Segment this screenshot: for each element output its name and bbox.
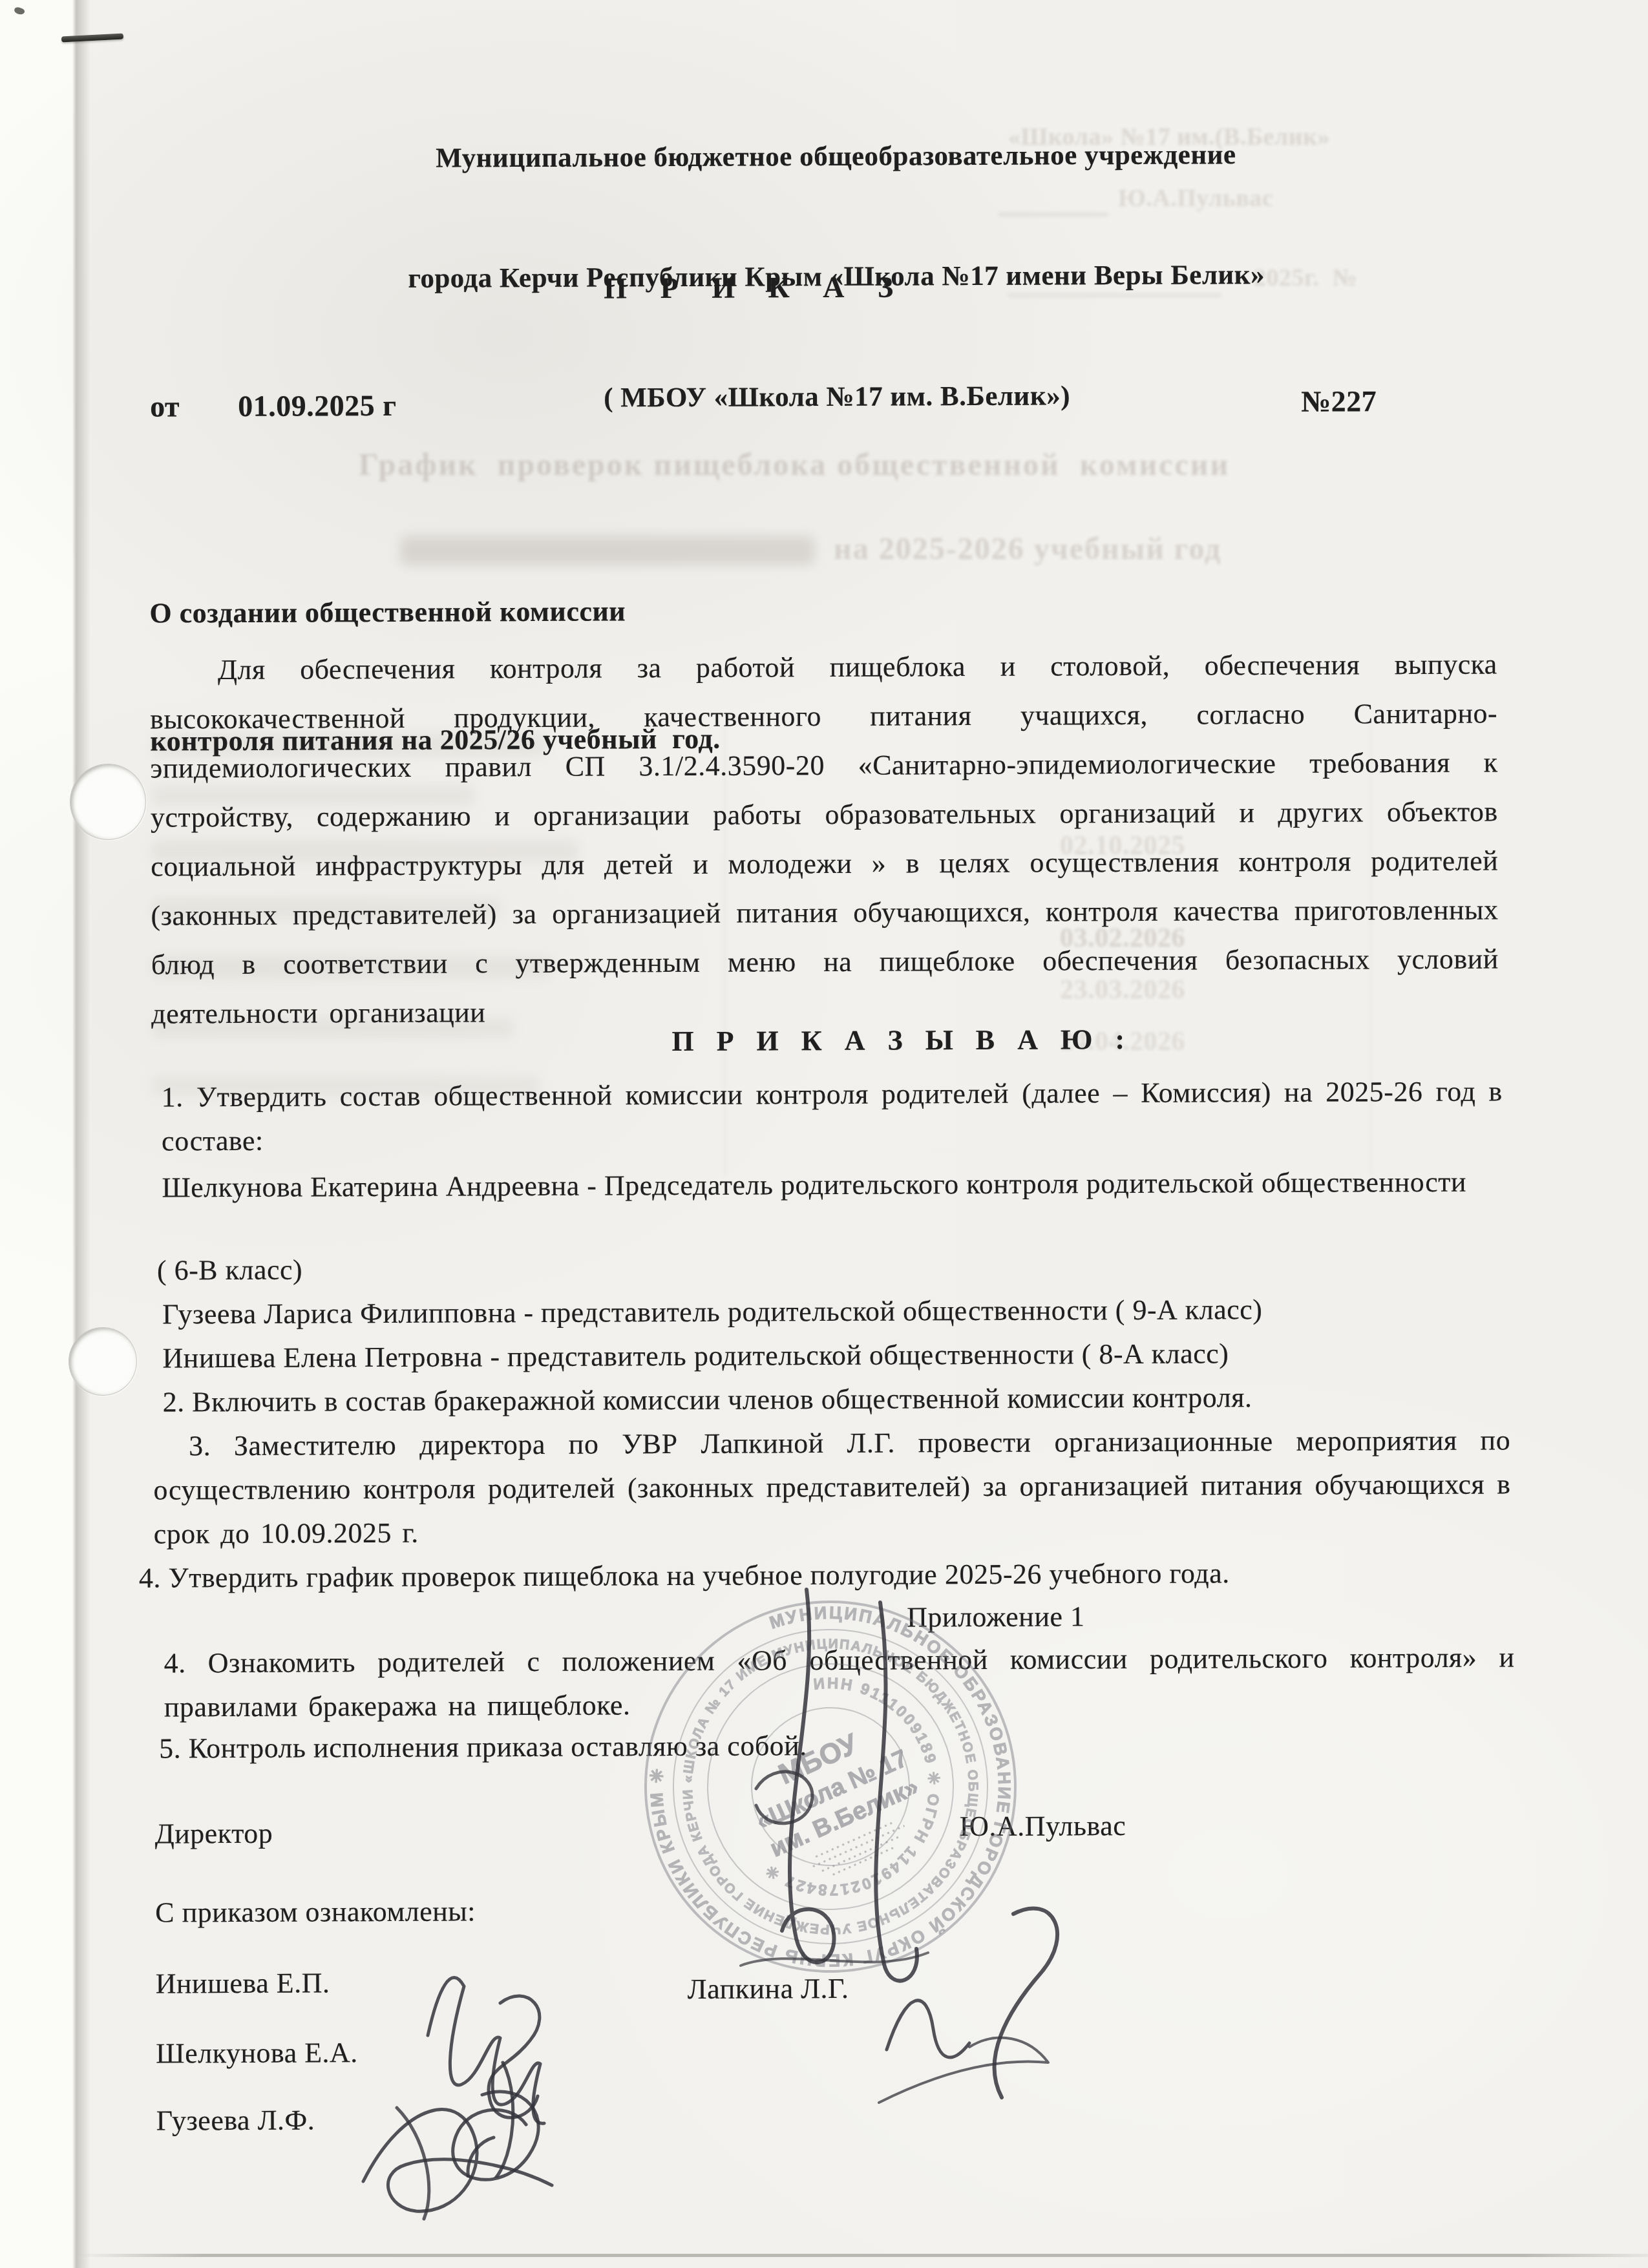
order-item-1a: Шелкунова Екатерина Андреевна - Председа…: [162, 1160, 1503, 1210]
order-item-1c: Гузеева Лариса Филипповна - представител…: [162, 1286, 1513, 1336]
order-date: 01.09.2025 г: [238, 388, 397, 423]
signer-name-guzeeva: Гузеева Л.Ф.: [156, 2103, 315, 2137]
order-item-3: 3. Заместителю директора по УВР Лапкиной…: [153, 1418, 1511, 1556]
guzeeva-signature: [336, 2068, 582, 2236]
signer-name-inisheva: Инишева Е.П.: [156, 1966, 330, 2000]
lapkina-signature: [860, 1887, 1118, 2106]
order-item-2: 2. Включить в состав бракеражной комисси…: [163, 1374, 1514, 1424]
order-number: №227: [1301, 384, 1377, 419]
order-body: Для обеспечения контроля за работой пище…: [150, 640, 1499, 1038]
signer-name-shelkunova: Шелкунова Е.А.: [156, 2036, 358, 2070]
subject-line1: О создании общественной комиссии: [149, 590, 720, 635]
order-item-1d: Инишева Елена Петровна - представитель р…: [162, 1330, 1513, 1380]
order-item-1b: ( 6-В класс): [157, 1248, 303, 1293]
scanned-order-page: «Школа» №17 им.(В.Белик» Ю.А.Пульвас 202…: [0, 0, 1648, 2268]
org-name-line3: ( МБОУ «Школа №17 им. В.Белик»): [255, 375, 1419, 420]
order-resolution: П Р И К А З Ы В А Ю :: [671, 1023, 1132, 1058]
order-title: П Р И К А З: [604, 269, 906, 305]
order-date-label: от: [150, 389, 180, 423]
org-name-line1: Муниципальное бюджетное общеобразователь…: [254, 134, 1417, 180]
order-item-1: 1. Утвердить состав общественной комисси…: [162, 1069, 1503, 1163]
director-label: Директор: [155, 1817, 273, 1851]
